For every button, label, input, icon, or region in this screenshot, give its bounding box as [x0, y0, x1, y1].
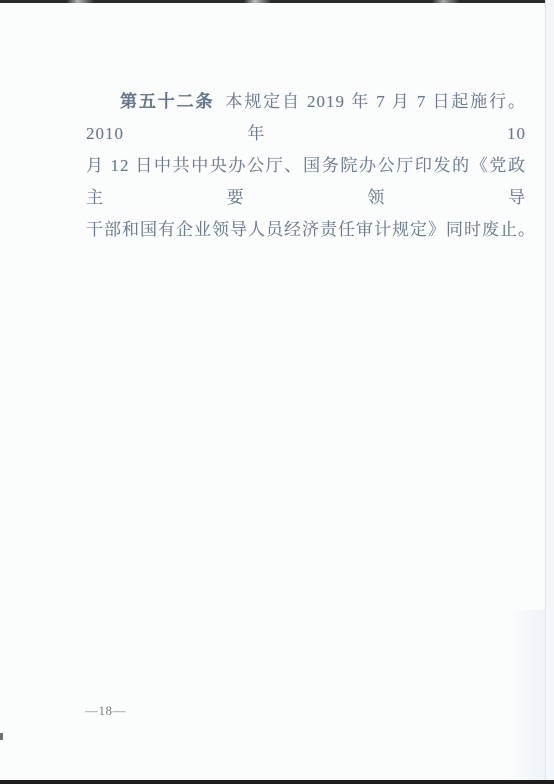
article-paragraph: 第五十二条本规定自 2019 年 7 月 7 日起施行。2010 年 10 月 … — [86, 86, 526, 246]
paragraph-line-3: 干部和国有企业领导人员经济责任审计规定》同时废止。 — [86, 214, 526, 246]
scan-artifact-left-speck — [0, 733, 3, 740]
scan-artifact-top-edge — [0, 0, 554, 3]
paragraph-line-2: 月 12 日中共中央办公厅、国务院办公厅印发的《党政主要领导 — [86, 150, 526, 214]
article-number-heading: 第五十二条 — [120, 92, 214, 111]
scanned-document-page: 第五十二条本规定自 2019 年 7 月 7 日起施行。2010 年 10 月 … — [0, 0, 554, 784]
page-number: —18— — [85, 703, 126, 718]
paragraph-line-1: 第五十二条本规定自 2019 年 7 月 7 日起施行。2010 年 10 — [86, 86, 526, 150]
scan-artifact-bottom-edge — [0, 780, 554, 784]
scan-artifact-right-shading — [508, 610, 546, 780]
scan-artifact-right-edge — [545, 0, 554, 784]
